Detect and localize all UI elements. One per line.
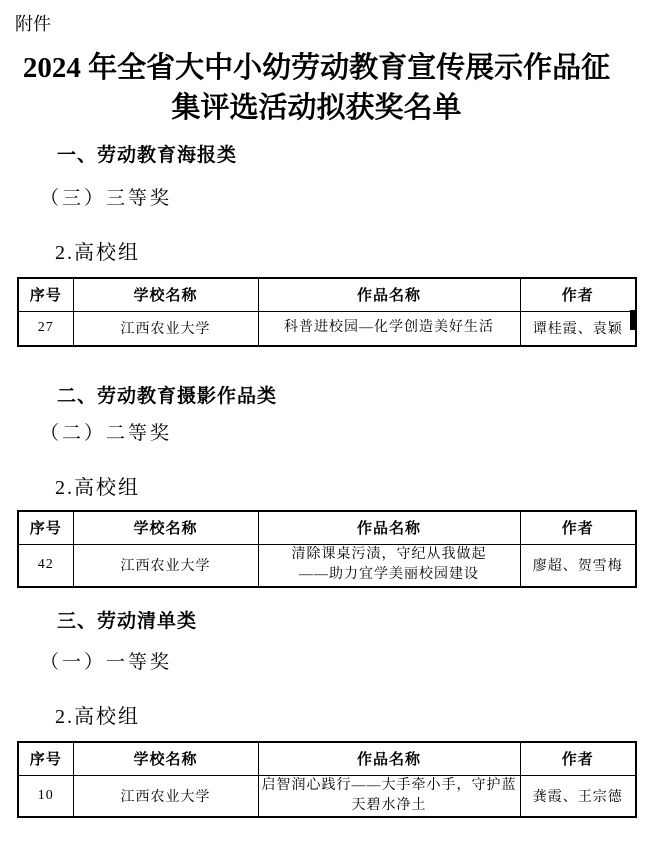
header-cell-school: 学校名称 (73, 511, 258, 544)
header-cell-author: 作者 (520, 278, 636, 311)
scan-artifact-mark (630, 310, 637, 330)
cell-work: 科普进校园—化学创造美好生活 (258, 311, 520, 346)
header-cell-author: 作者 (520, 742, 636, 775)
cell-work: 清除课桌污渍，守纪从我做起 ——助力宜学美丽校园建设 (258, 544, 520, 587)
header-cell-no: 序号 (18, 278, 73, 311)
cell-no: 42 (18, 544, 73, 587)
section-heading-photography: 二、劳动教育摄影作品类 (57, 385, 651, 409)
work-title-line1: 启智润心践行——大手牵小手，守护蓝天碧水净土 (259, 776, 520, 816)
header-cell-school: 学校名称 (73, 742, 258, 775)
document-title: 2024 年全省大中小幼劳动教育宣传展示作品征 集评选活动拟获奖名单 (0, 48, 633, 128)
group-label: 2.高校组 (55, 704, 651, 730)
header-cell-author: 作者 (520, 511, 636, 544)
cell-school: 江西农业大学 (73, 775, 258, 817)
work-title-line1: 科普进校园—化学创造美好生活 (259, 318, 520, 338)
awards-table-poster: 序号 学校名称 作品名称 作者 27 江西农业大学 科普进校园—化学创造美好生活… (17, 277, 637, 347)
table-row: 10 江西农业大学 启智润心践行——大手牵小手，守护蓝天碧水净土 龚霞、王宗德 (18, 775, 636, 817)
cell-authors: 廖超、贺雪梅 (520, 544, 636, 587)
award-level-label: （一）一等奖 (40, 650, 651, 676)
header-cell-work: 作品名称 (258, 511, 520, 544)
document-page: 附件 2024 年全省大中小幼劳动教育宣传展示作品征 集评选活动拟获奖名单 一、… (0, 0, 651, 843)
header-cell-school: 学校名称 (73, 278, 258, 311)
document-title-line2: 集评选活动拟获奖名单 (0, 88, 633, 128)
cell-work: 启智润心践行——大手牵小手，守护蓝天碧水净土 (258, 775, 520, 817)
header-cell-no: 序号 (18, 511, 73, 544)
header-cell-work: 作品名称 (258, 278, 520, 311)
work-title-line2: ——助力宜学美丽校园建设 (259, 565, 520, 585)
table-header-row: 序号 学校名称 作品名称 作者 (18, 278, 636, 311)
award-level-label: （三）三等奖 (40, 186, 651, 212)
cell-school: 江西农业大学 (73, 544, 258, 587)
table-header-row: 序号 学校名称 作品名称 作者 (18, 742, 636, 775)
header-cell-no: 序号 (18, 742, 73, 775)
section-heading-poster: 一、劳动教育海报类 (57, 144, 651, 168)
header-cell-work: 作品名称 (258, 742, 520, 775)
work-title-line1: 清除课桌污渍，守纪从我做起 (259, 545, 520, 565)
document-title-line1: 2024 年全省大中小幼劳动教育宣传展示作品征 (0, 48, 633, 88)
attachment-label: 附件 (15, 14, 651, 34)
table-row: 27 江西农业大学 科普进校园—化学创造美好生活 谭桂霞、袁颖 (18, 311, 636, 346)
awards-table-photography: 序号 学校名称 作品名称 作者 42 江西农业大学 清除课桌污渍，守纪从我做起 … (17, 510, 637, 588)
awards-table-checklist: 序号 学校名称 作品名称 作者 10 江西农业大学 启智润心践行——大手牵小手，… (17, 741, 637, 818)
section-heading-checklist: 三、劳动清单类 (57, 610, 651, 634)
table-row: 42 江西农业大学 清除课桌污渍，守纪从我做起 ——助力宜学美丽校园建设 廖超、… (18, 544, 636, 587)
cell-school: 江西农业大学 (73, 311, 258, 346)
award-level-label: （二）二等奖 (40, 421, 651, 447)
group-label: 2.高校组 (55, 475, 651, 501)
cell-authors: 龚霞、王宗德 (520, 775, 636, 817)
group-label: 2.高校组 (55, 240, 651, 266)
table-header-row: 序号 学校名称 作品名称 作者 (18, 511, 636, 544)
cell-no: 10 (18, 775, 73, 817)
cell-no: 27 (18, 311, 73, 346)
cell-authors: 谭桂霞、袁颖 (520, 311, 636, 346)
